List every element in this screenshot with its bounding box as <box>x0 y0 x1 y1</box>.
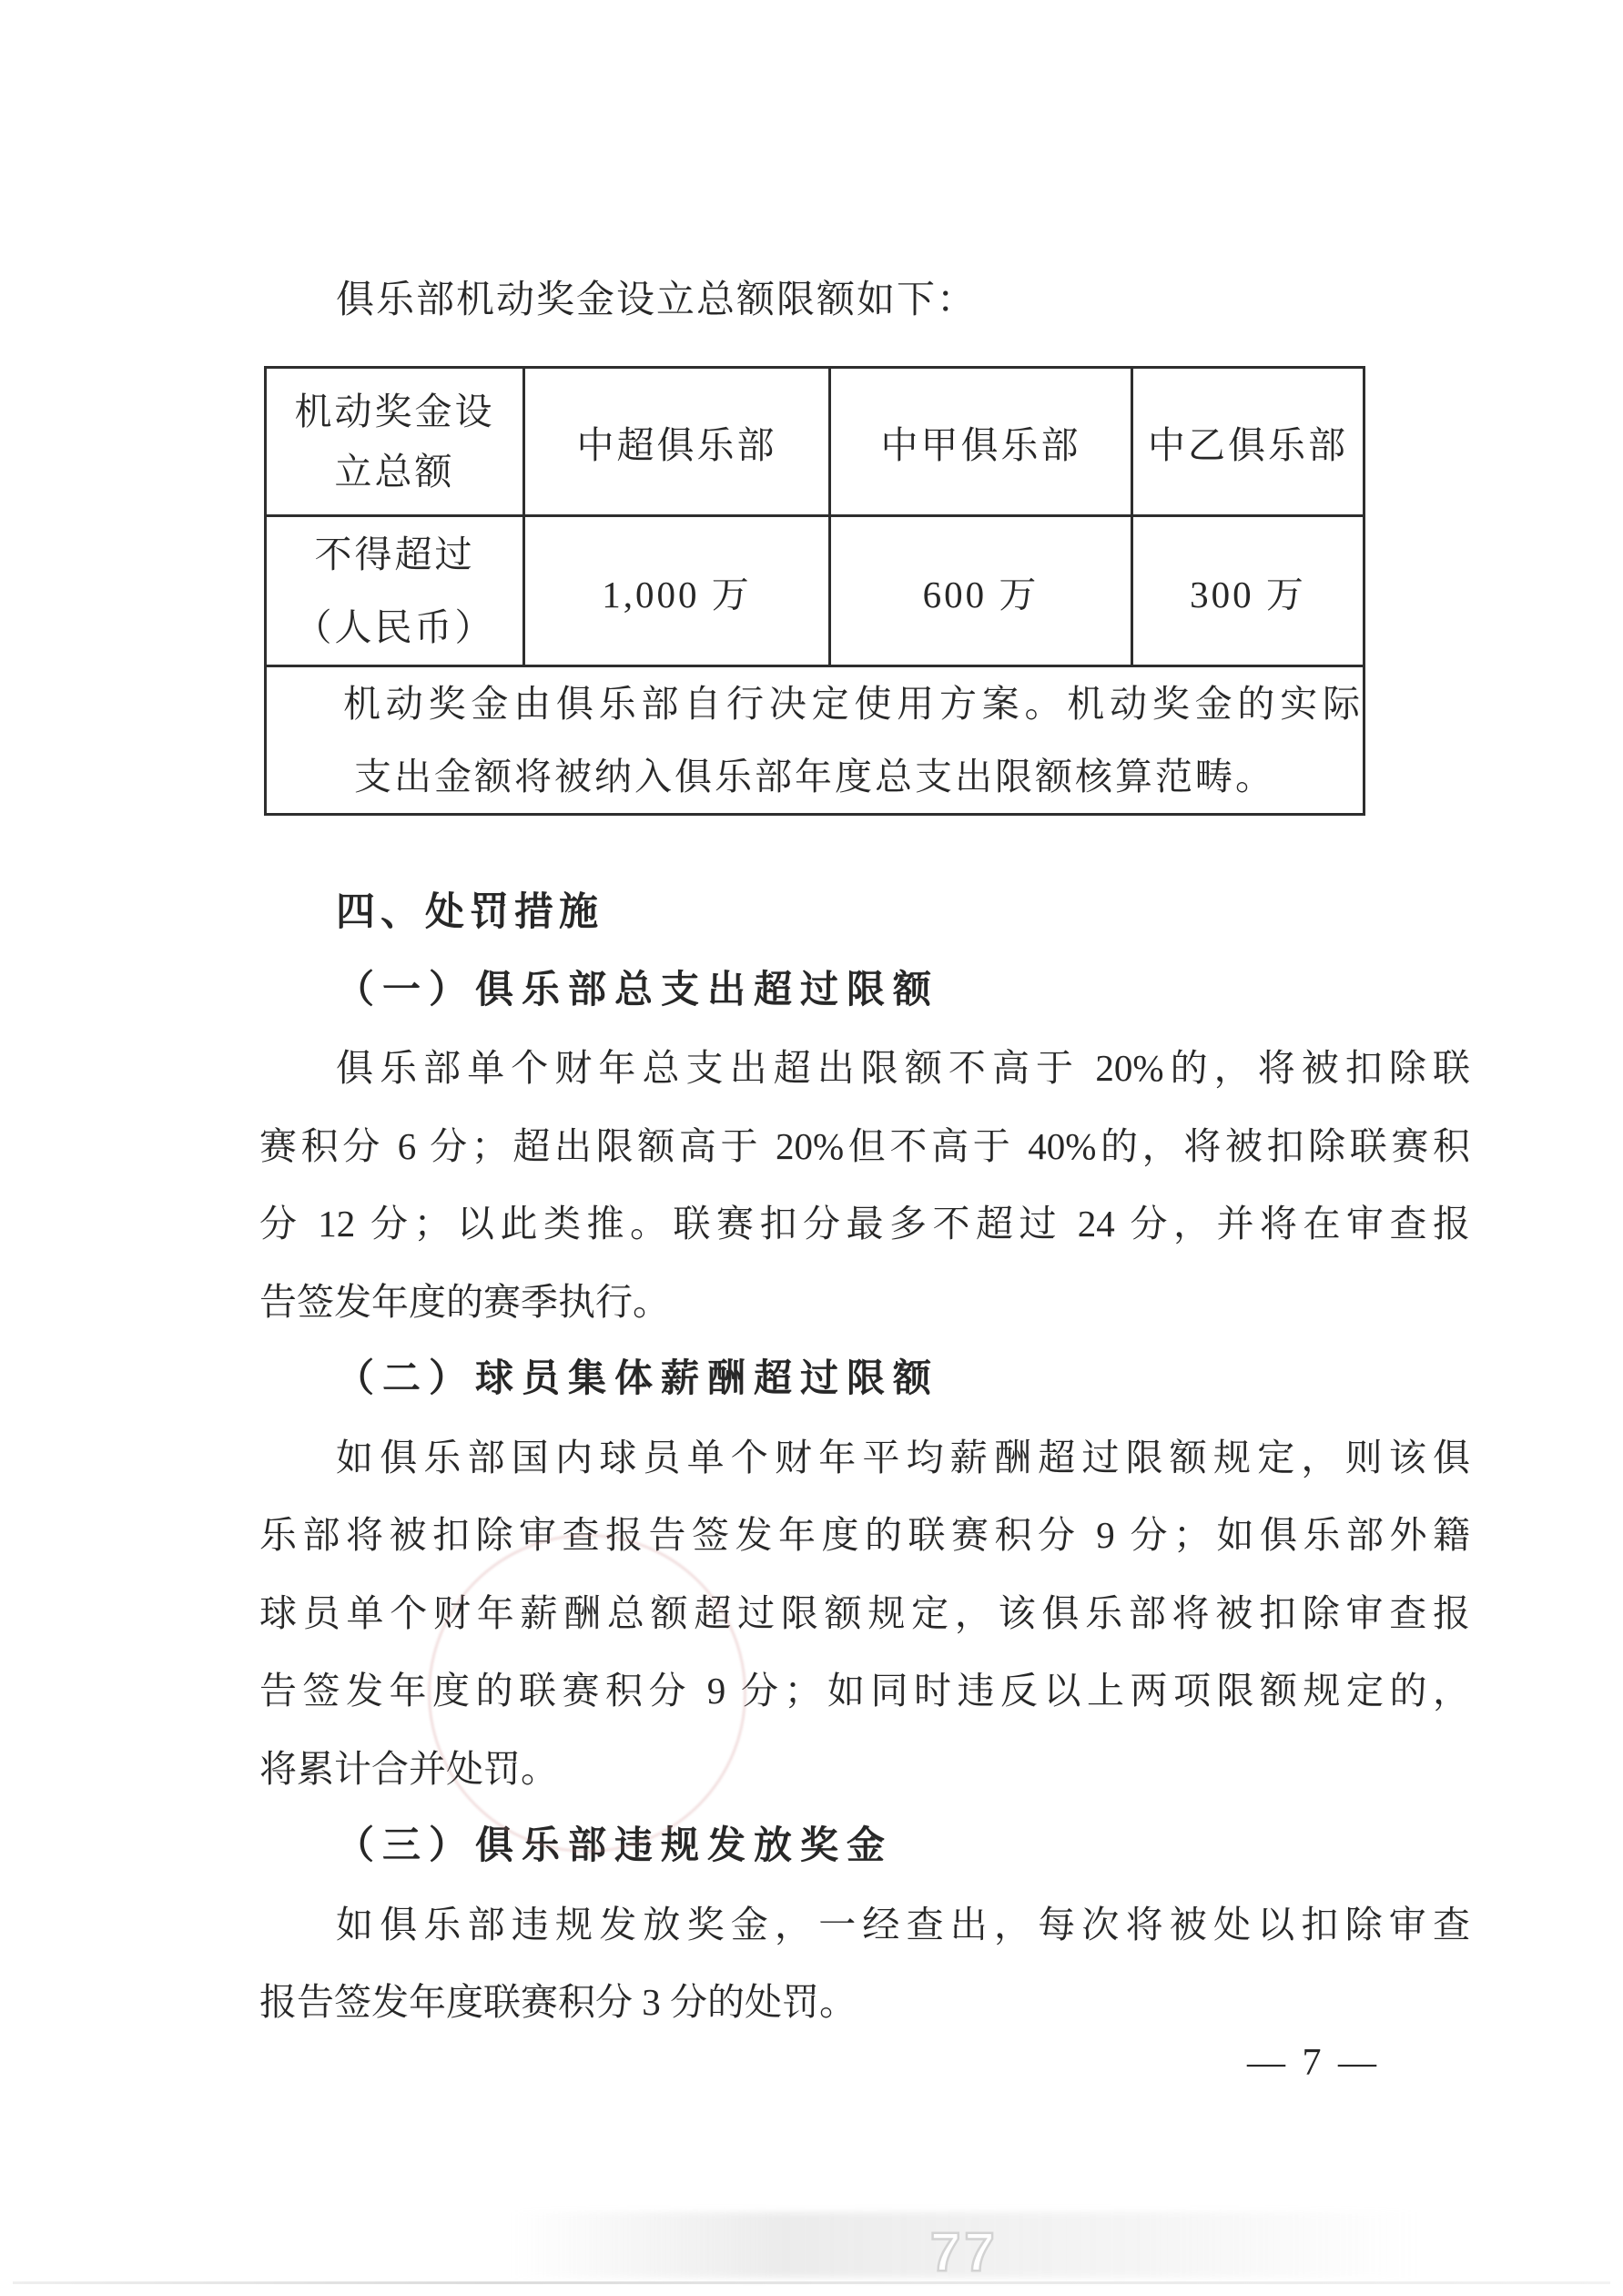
scan-edge-line <box>13 2281 1610 2284</box>
table-header-row: 机动奖金设 立总额 中超俱乐部 中甲俱乐部 中乙俱乐部 <box>266 368 1364 516</box>
paragraph-line: 乐部将被扣除审查报告签发年度的联赛积分 9 分；如俱乐部外籍 <box>259 1497 1470 1575</box>
bonus-limit-table: 机动奖金设 立总额 中超俱乐部 中甲俱乐部 中乙俱乐部 不得超过 （人民币） 1… <box>264 366 1365 816</box>
section-heading-4: 四、处罚措施 <box>259 874 1470 952</box>
table-note-row: 机动奖金由俱乐部自行决定使用方案。机动奖金的实际 支出金额将被纳入俱乐部年度总支… <box>266 666 1364 815</box>
faint-seal-stamp <box>428 1534 746 1853</box>
subsection-heading-2: （二）球员集体薪酬超过限额 <box>259 1341 1470 1419</box>
header-label-line2: 立总额 <box>267 442 522 502</box>
header-label-line1: 机动奖金设 <box>267 381 522 442</box>
subsection-heading-3: （三）俱乐部违规发放奖金 <box>259 1808 1470 1886</box>
page-number: — 7 — <box>1236 2037 1391 2088</box>
table-data-row: 不得超过 （人民币） 1,000 万 600 万 300 万 <box>266 516 1364 666</box>
paragraph-line: 如俱乐部国内球员单个财年平均薪酬超过限额规定，则该俱 <box>259 1419 1470 1498</box>
scanned-document-page: 俱乐部机动奖金设立总额限额如下： 机动奖金设 立总额 中超俱乐部 中甲俱乐部 中… <box>0 0 1623 2296</box>
paragraph-line: 如俱乐部违规发放奖金，一经查出，每次将被处以扣除审查 <box>259 1886 1470 1965</box>
row-label-line2: （人民币） <box>267 591 522 664</box>
paragraph-line: 赛积分 6 分；超出限额高于 20%但不高于 40%的，将被扣除联赛积 <box>259 1108 1470 1186</box>
paragraph-line: 报告签发年度联赛积分 3 分的处罚。 <box>259 1964 1470 2042</box>
limit-value-league-one: 600 万 <box>830 516 1132 666</box>
subsection-heading-1: （一）俱乐部总支出超过限额 <box>259 952 1470 1031</box>
table-header-row-label: 机动奖金设 立总额 <box>266 368 524 516</box>
table-row-label: 不得超过 （人民币） <box>266 516 524 666</box>
watermark-number: 77 <box>930 2225 999 2280</box>
table-header-league-one: 中甲俱乐部 <box>830 368 1132 516</box>
limit-value-league-two: 300 万 <box>1132 516 1364 666</box>
intro-line: 俱乐部机动奖金设立总额限额如下： <box>259 273 1479 328</box>
paragraph-line: 分 12 分；以此类推。联赛扣分最多不超过 24 分，并将在审查报 <box>259 1185 1470 1264</box>
paragraph-line: 告签发年度的赛季执行。 <box>259 1264 1470 1342</box>
table-note-line1: 机动奖金由俱乐部自行决定使用方案。机动奖金的实际 <box>267 667 1363 740</box>
limit-value-csl: 1,000 万 <box>524 516 830 666</box>
table-note-line2: 支出金额将被纳入俱乐部年度总支出限额核算范畴。 <box>267 740 1363 813</box>
body-text: 四、处罚措施 （一）俱乐部总支出超过限额 俱乐部单个财年总支出超出限额不高于 2… <box>259 874 1470 2042</box>
paragraph-line: 俱乐部单个财年总支出超出限额不高于 20%的，将被扣除联 <box>259 1030 1470 1108</box>
row-label-line1: 不得超过 <box>267 518 522 591</box>
table-header-league-two: 中乙俱乐部 <box>1132 368 1364 516</box>
table-note-cell: 机动奖金由俱乐部自行决定使用方案。机动奖金的实际 支出金额将被纳入俱乐部年度总支… <box>266 666 1364 815</box>
table-header-csl: 中超俱乐部 <box>524 368 830 516</box>
